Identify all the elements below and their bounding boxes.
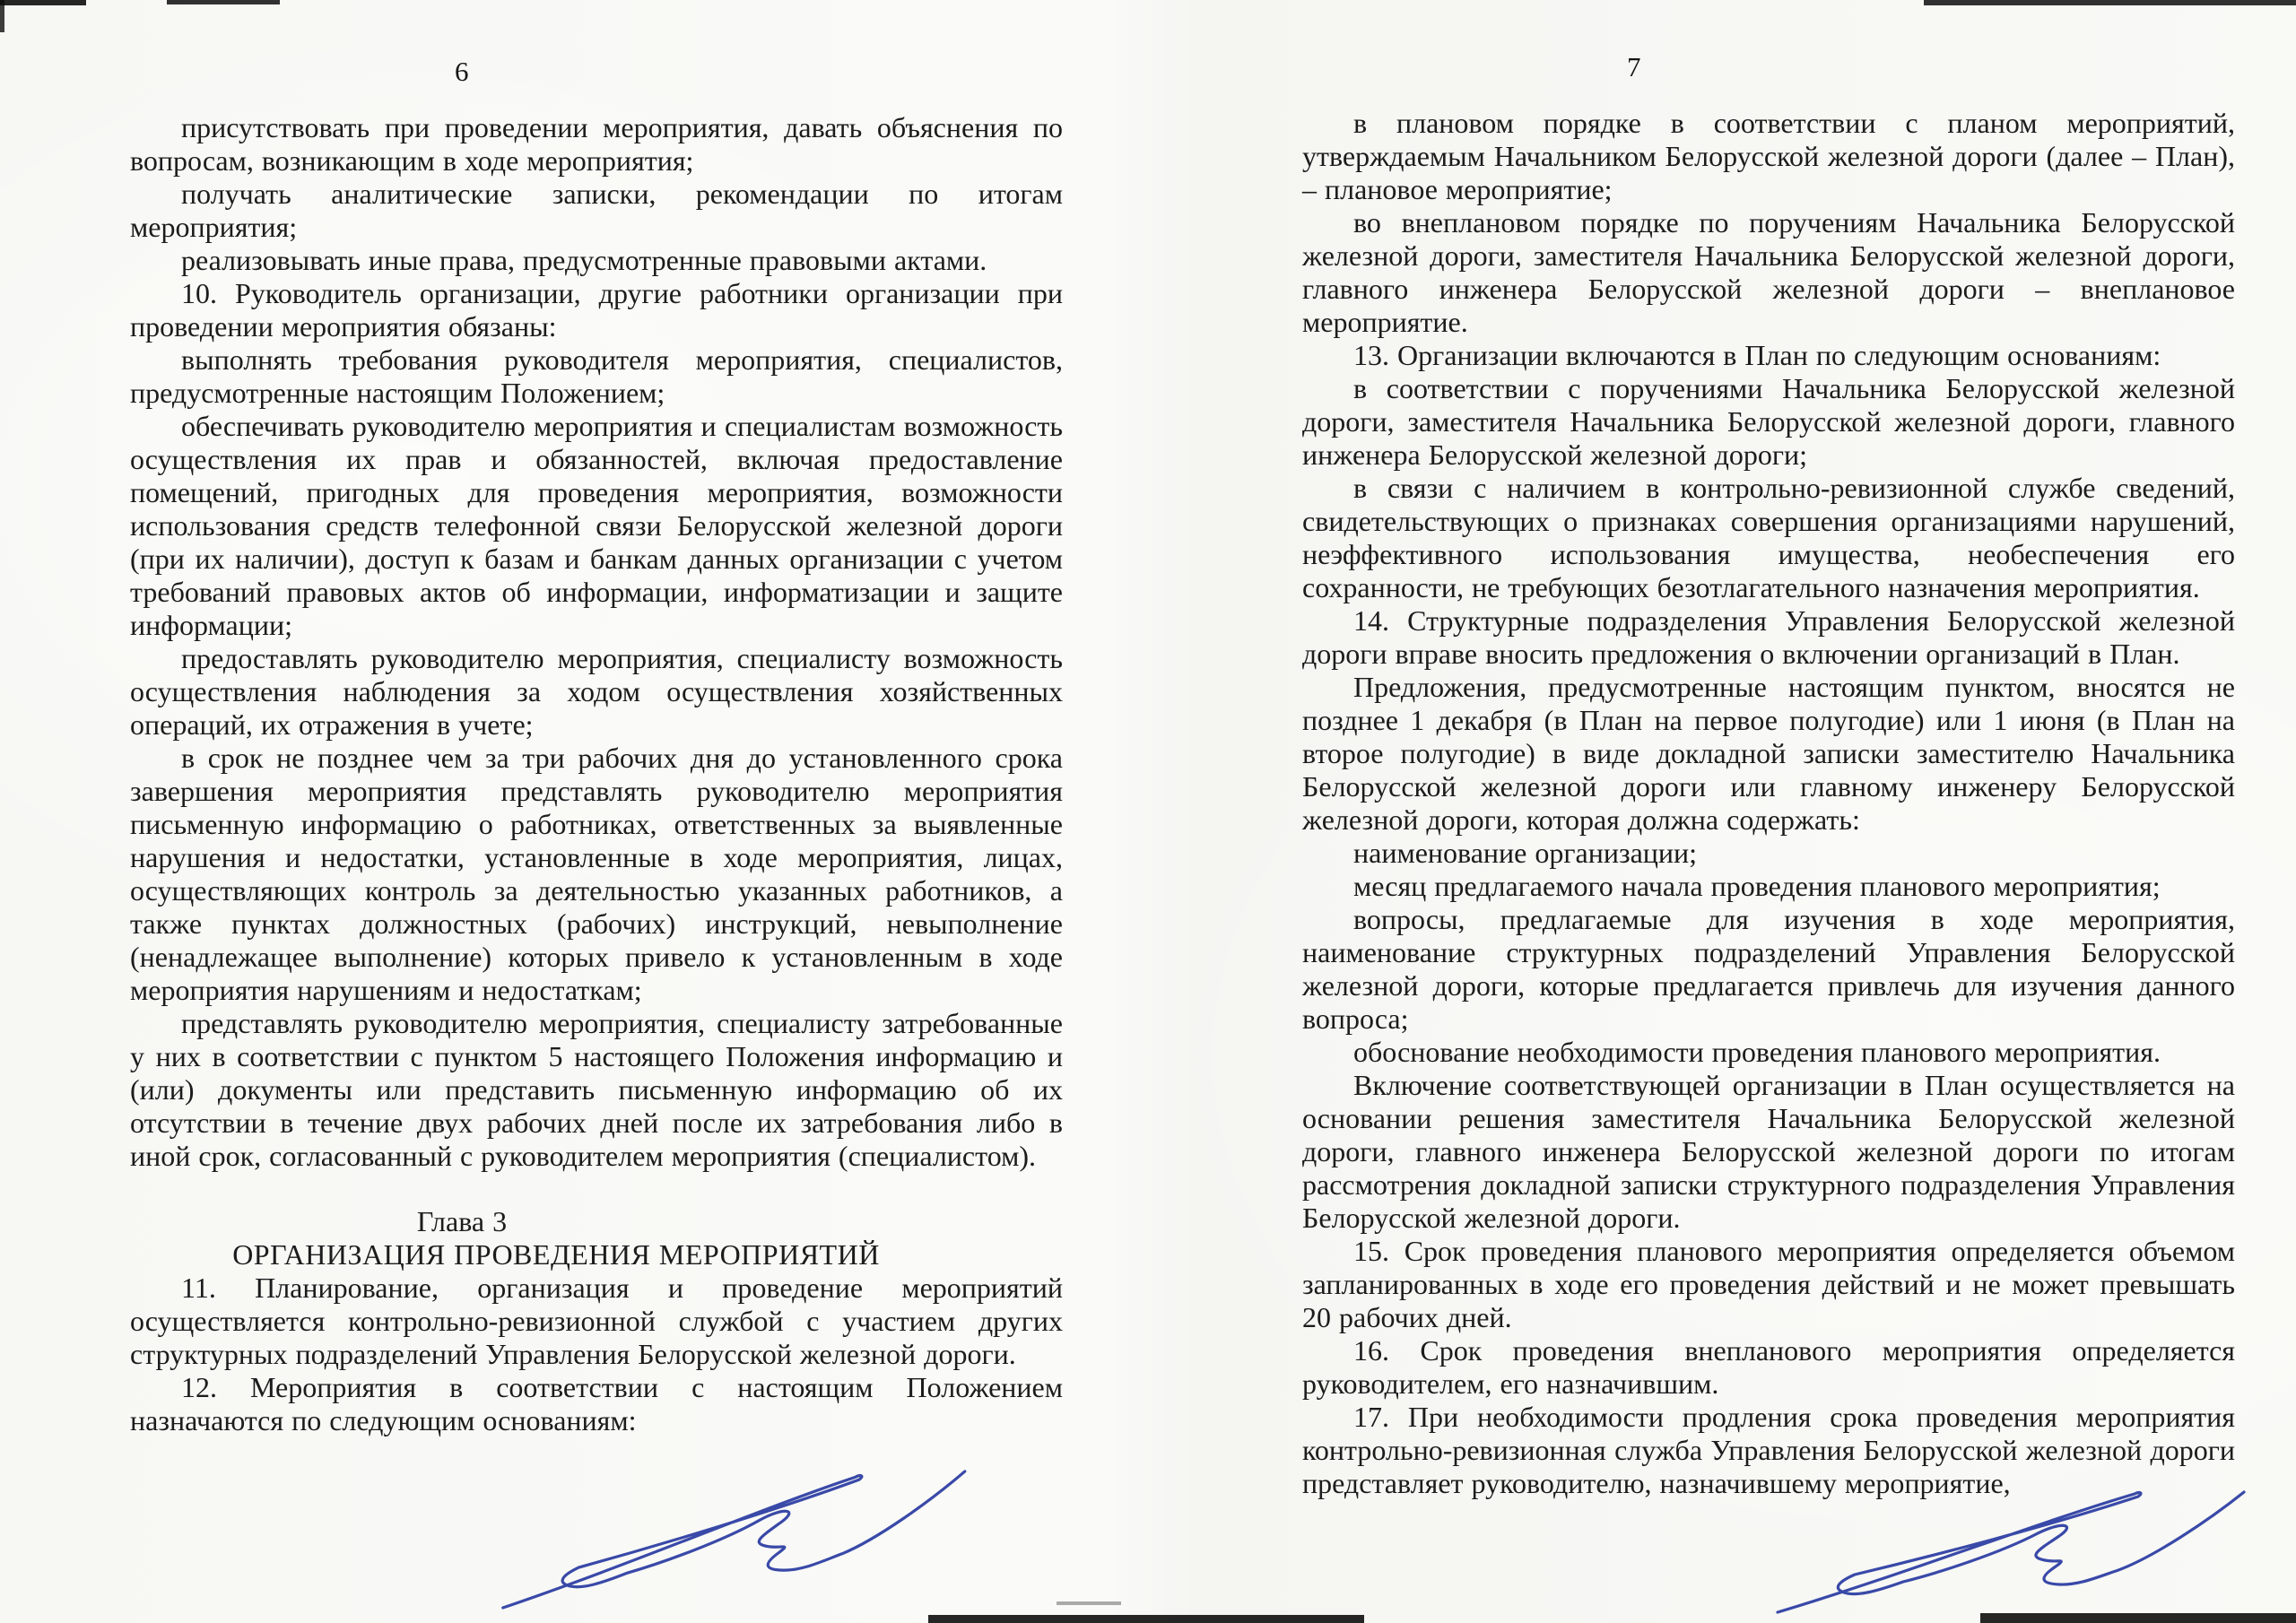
chapter-title: ОРГАНИЗАЦИЯ ПРОВЕДЕНИЯ МЕРОПРИЯТИЙ bbox=[130, 1238, 1063, 1271]
paragraph: в связи с наличием в контрольно-ревизион… bbox=[1302, 472, 2235, 604]
paragraph: 16. Срок проведения внепланового меропри… bbox=[1302, 1334, 2235, 1401]
paragraph: вопросы, предлагаемые для изучения в ход… bbox=[1302, 903, 2235, 1036]
paragraph: месяц предлагаемого начала проведения пл… bbox=[1302, 870, 2235, 903]
paragraph: в срок не позднее чем за три рабочих дня… bbox=[130, 742, 1063, 1007]
scanned-document: { "colors": { "paper": "#f8f8f5", "text"… bbox=[0, 0, 2296, 1623]
paragraph: во внеплановом порядке по поручениям Нач… bbox=[1302, 206, 2235, 339]
paragraph: реализовывать иные права, предусмотренны… bbox=[130, 244, 1063, 277]
scan-artifact-top-left bbox=[0, 0, 86, 5]
scan-artifact-top-right bbox=[1924, 0, 2296, 5]
scan-artifact-bottom-right bbox=[1980, 1613, 2296, 1623]
paragraph: Предложения, предусмотренные настоящим п… bbox=[1302, 671, 2235, 837]
paragraph: 17. При необходимости продления срока пр… bbox=[1302, 1401, 2235, 1500]
chapter-label: Глава 3 bbox=[130, 1205, 1063, 1238]
paragraph: присутствовать при проведении мероприяти… bbox=[130, 111, 1063, 178]
page-6: 6 присутствовать при проведении мероприя… bbox=[0, 0, 1148, 1623]
paragraph: в соответствии с поручениями Начальника … bbox=[1302, 372, 2235, 472]
paragraph: в плановом порядке в соответствии с план… bbox=[1302, 107, 2235, 206]
scan-artifact-bottom-smudge bbox=[1057, 1601, 1121, 1605]
page-7: 7 в плановом порядке в соответствии с пл… bbox=[1148, 0, 2296, 1623]
paragraph: 10. Руководитель организации, другие раб… bbox=[130, 277, 1063, 343]
paragraph: 12. Мероприятия в соответствии с настоящ… bbox=[130, 1371, 1063, 1437]
paragraph: наименование организации; bbox=[1302, 837, 2235, 870]
page-7-text-column: 7 в плановом порядке в соответствии с пл… bbox=[1302, 49, 2235, 1500]
paragraph: представлять руководителю мероприятия, с… bbox=[130, 1007, 1063, 1173]
paragraph: Включение соответствующей организации в … bbox=[1302, 1069, 2235, 1235]
paragraph: обоснование необходимости проведения пла… bbox=[1302, 1036, 2235, 1069]
paragraph: 13. Организации включаются в План по сле… bbox=[1302, 339, 2235, 372]
paragraph: обеспечивать руководителю мероприятия и … bbox=[130, 410, 1063, 642]
scan-artifact-left-edge bbox=[0, 0, 4, 32]
page-number: 7 bbox=[1302, 49, 2235, 85]
paragraph: получать аналитические записки, рекоменд… bbox=[130, 178, 1063, 244]
paragraph: 14. Структурные подразделения Управления… bbox=[1302, 604, 2235, 671]
handwritten-signature bbox=[489, 1446, 978, 1620]
scan-artifact-bottom-center bbox=[928, 1615, 1364, 1623]
paragraph: выполнять требования руководителя меропр… bbox=[130, 343, 1063, 410]
scan-artifact-top-left-2 bbox=[167, 0, 280, 4]
signature-ink bbox=[489, 1446, 978, 1616]
page-number: 6 bbox=[130, 54, 1063, 90]
paragraph: 15. Срок проведения планового мероприяти… bbox=[1302, 1235, 2235, 1334]
page-6-text-column: 6 присутствовать при проведении мероприя… bbox=[130, 54, 1063, 1437]
paragraph: предоставлять руководителю мероприятия, … bbox=[130, 642, 1063, 742]
paragraph: 11. Планирование, организация и проведен… bbox=[130, 1271, 1063, 1371]
